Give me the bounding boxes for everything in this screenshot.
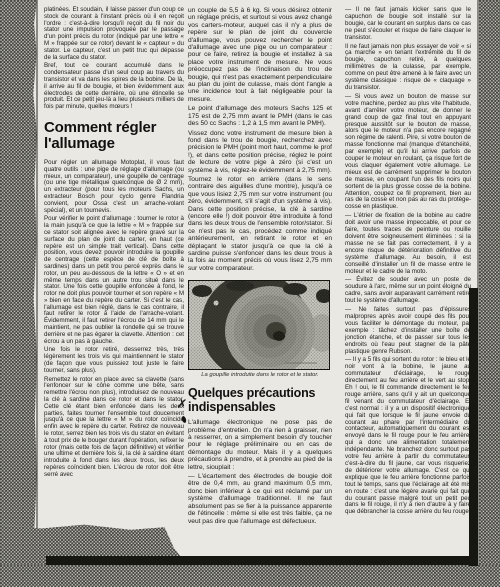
- col2-paragraph-5: L'allumage électronique ne pose pas de p…: [188, 419, 332, 471]
- column-3: — Il ne faut jamais kicker sans que le c…: [345, 7, 471, 518]
- col3-paragraph-2: Il ne faut jamais non plus essayer de vo…: [345, 44, 471, 92]
- rotor-photo: [188, 280, 330, 370]
- column-1: platinées. Et soudain, il laisse passer …: [44, 7, 184, 481]
- ink-blob-mark: [181, 416, 187, 424]
- col2-paragraph-4: Tournez le rotor en arrière (dans le sen…: [188, 176, 332, 272]
- col1-intro-paragraph-1: platinées. Et soudain, il laisse passer …: [44, 7, 184, 61]
- scan-edge-right: [479, 0, 500, 587]
- col3-paragraph-3: — Si vous avez un bouton de masse sur vo…: [345, 94, 471, 211]
- col1-paragraph-3: Une fois le rotor retiré, desserrez très…: [44, 347, 184, 374]
- col3-paragraph-7: — Il y a 5 fils qui sortent du rotor : l…: [345, 357, 471, 516]
- col1-intro-paragraph-2: Bref, tout ce courant accumulé dans le c…: [44, 63, 184, 111]
- page-edge-line-left: [36, 0, 38, 587]
- col1-paragraph-1: Pour régler un allumage Motoplat, il vou…: [44, 160, 184, 214]
- photo-caption: La goupille introduite dans le rotor et …: [188, 372, 332, 379]
- section-heading-comment-regler-allumage: Comment régler l'allumage: [44, 120, 184, 153]
- rotor-photo-image: [189, 281, 329, 369]
- scanned-magazine-page: platinées. Et soudain, il laisse passer …: [0, 0, 500, 587]
- article-frame-right-bar: [469, 288, 478, 566]
- column-2: un couple de 5,5 à 6 kg. Si vous désirez…: [188, 7, 332, 527]
- handwritten-x-mark: ✗: [176, 397, 191, 410]
- col3-paragraph-1: — Il ne faut jamais kicker sans que le c…: [345, 7, 471, 42]
- scan-edge-bottom: [0, 565, 500, 587]
- col3-paragraph-5: — Évitez de souder avec un poste de soud…: [345, 277, 471, 305]
- article-frame-bottom-bar: [46, 556, 478, 565]
- col1-paragraph-2: Pour vérifier le point d'allumage : tour…: [44, 216, 184, 345]
- section-heading-quelques-precautions: Quelques précautions indispensables: [188, 387, 332, 414]
- col2-paragraph-2: Le point d'allumage des moteurs Sachs 12…: [188, 105, 332, 127]
- col3-paragraph-6: — Ne faites surtout pas d'épissures malp…: [345, 307, 471, 355]
- col2-paragraph-1: un couple de 5,5 à 6 kg. Si vous désirez…: [188, 7, 332, 103]
- col3-paragraph-4: — L'étrier de fixation de la bobine au c…: [345, 213, 471, 275]
- col1-paragraph-4: Remettez le rotor en place avec sa clave…: [44, 377, 184, 479]
- scan-edge-left: [0, 0, 37, 587]
- col2-paragraph-3: Vissez donc votre instrument de mesure b…: [188, 130, 332, 174]
- handwritten-gutter-mark: ✗: [177, 398, 191, 432]
- col2-paragraph-6: — L'écartement des électrodes de bougie …: [188, 473, 332, 525]
